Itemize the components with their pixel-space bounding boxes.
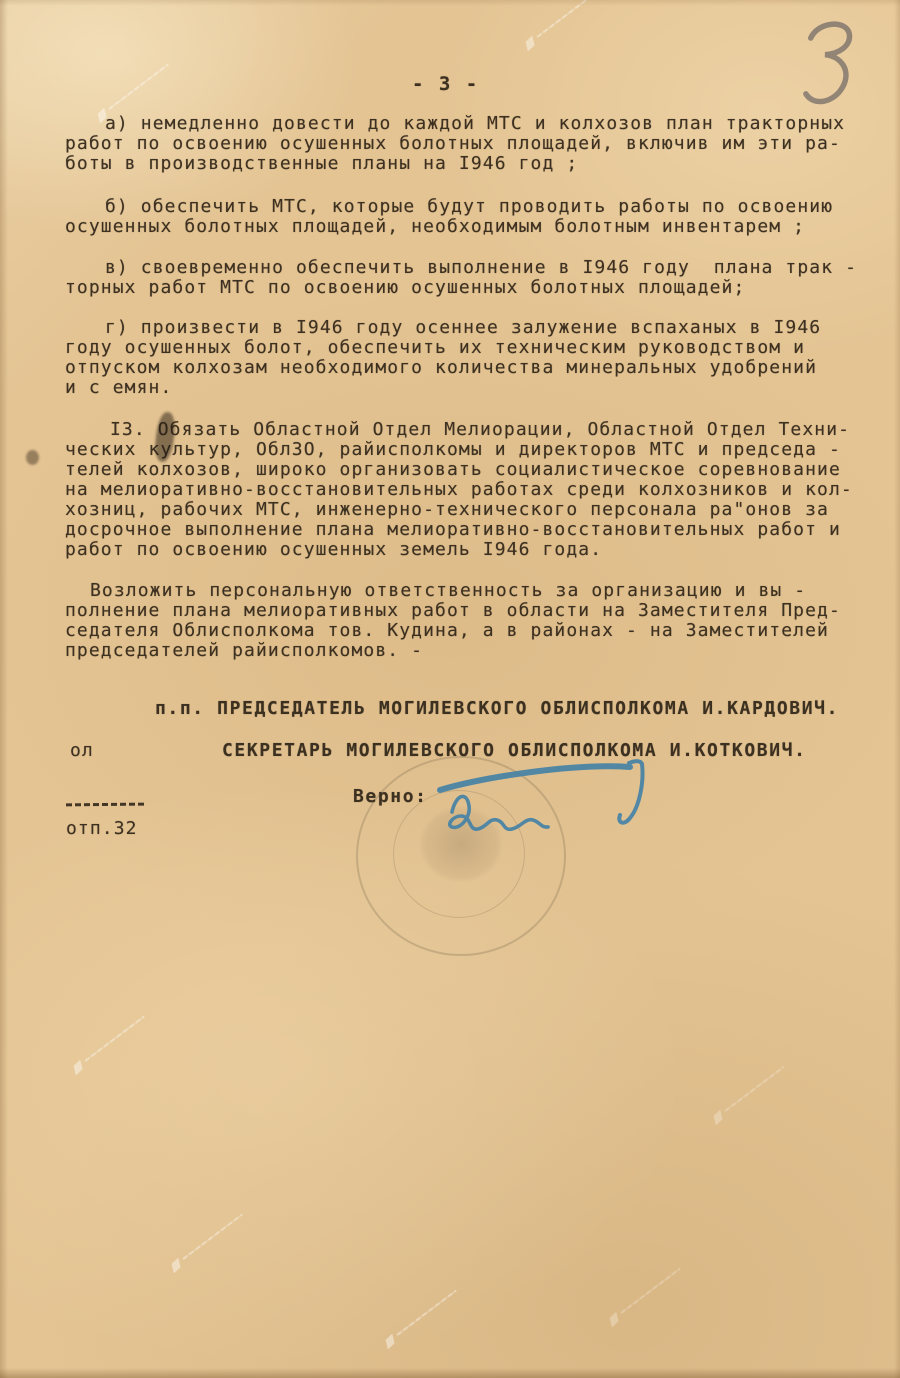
pencil-page-number: [787, 13, 869, 118]
archive-watermark-icon: [515, 0, 602, 51]
paragraph-item-a: а) немедленно довести до каждой МТС и ко…: [65, 114, 845, 174]
typed-line: на мелиоративно-восстановительных работа…: [65, 480, 853, 500]
typed-dash-rule: [66, 803, 146, 807]
typed-line: полнение плана мелиоративных работ в обл…: [65, 601, 841, 621]
ink-smudge: [26, 450, 39, 465]
copies-note: отп.32: [66, 818, 138, 839]
typed-line: году осушенных болот, обеспечить их техн…: [65, 338, 821, 358]
typed-line: хозниц, рабочих МТС, инженерно-техническ…: [65, 500, 853, 520]
typed-line: боты в производственные планы на I946 го…: [65, 154, 845, 174]
typed-line: б) обеспечить МТС, которые будут проводи…: [65, 197, 833, 217]
typed-line: отпуском колхозам необходимого количеств…: [65, 358, 821, 378]
margin-note-ol: ол: [70, 740, 94, 761]
page-number: - 3 -: [412, 73, 479, 95]
typed-line: Возложить персональную ответственность з…: [65, 581, 841, 601]
paragraph-item-13: I3. Обязать Областной Отдел Мелиорации, …: [65, 420, 853, 560]
typed-line: седателя Облисполкома тов. Кудина, а в р…: [65, 621, 841, 641]
signature-ink: [424, 746, 669, 846]
typed-line: г) произвести в I946 году осеннее залуже…: [65, 318, 821, 338]
typed-line: торных работ МТС по освоению осушенных б…: [65, 278, 857, 298]
document-page: - 3 - а) немедленно довести до каждой МТ…: [0, 0, 900, 1378]
archive-watermark-icon: [703, 1053, 790, 1126]
archive-watermark-icon: [161, 1201, 248, 1274]
paragraph-item-v: в) своевременно обеспечить выполнение в …: [65, 258, 857, 298]
paragraph-item-resp: Возложить персональную ответственность з…: [65, 581, 841, 661]
paragraph-item-b: б) обеспечить МТС, которые будут проводи…: [65, 197, 833, 237]
typed-line: в) своевременно обеспечить выполнение в …: [65, 258, 857, 278]
chairman-signature-line: п.п. ПРЕДСЕДАТЕЛЬ МОГИЛЕВСКОГО ОБЛИСПОЛК…: [155, 698, 839, 719]
typed-line: телей колхозов, широко организовать соци…: [65, 460, 853, 480]
typed-line: I3. Обязать Областной Отдел Мелиорации, …: [65, 420, 853, 440]
certified-label: Верно:: [353, 786, 428, 807]
typed-line: осушенных болотных площадей, необходимым…: [65, 217, 833, 237]
archive-watermark-icon: [63, 1003, 150, 1076]
typed-line: председателей райисполкомов. -: [65, 641, 841, 661]
typed-line: работ по освоению осушенных земель I946 …: [65, 540, 853, 560]
typed-line: ческих культур, ОблЗО, райисполкомы и ди…: [65, 440, 853, 460]
typed-line: а) немедленно довести до каждой МТС и ко…: [65, 114, 845, 134]
archive-watermark-icon: [599, 1255, 686, 1328]
paragraph-item-g: г) произвести в I946 году осеннее залуже…: [65, 318, 821, 398]
typed-line: досрочное выполнение плана мелиоративно-…: [65, 520, 853, 540]
typed-line: работ по освоению осушенных болотных пло…: [65, 134, 845, 154]
archive-watermark-icon: [375, 1277, 462, 1350]
typed-line: и с емян.: [65, 378, 821, 398]
